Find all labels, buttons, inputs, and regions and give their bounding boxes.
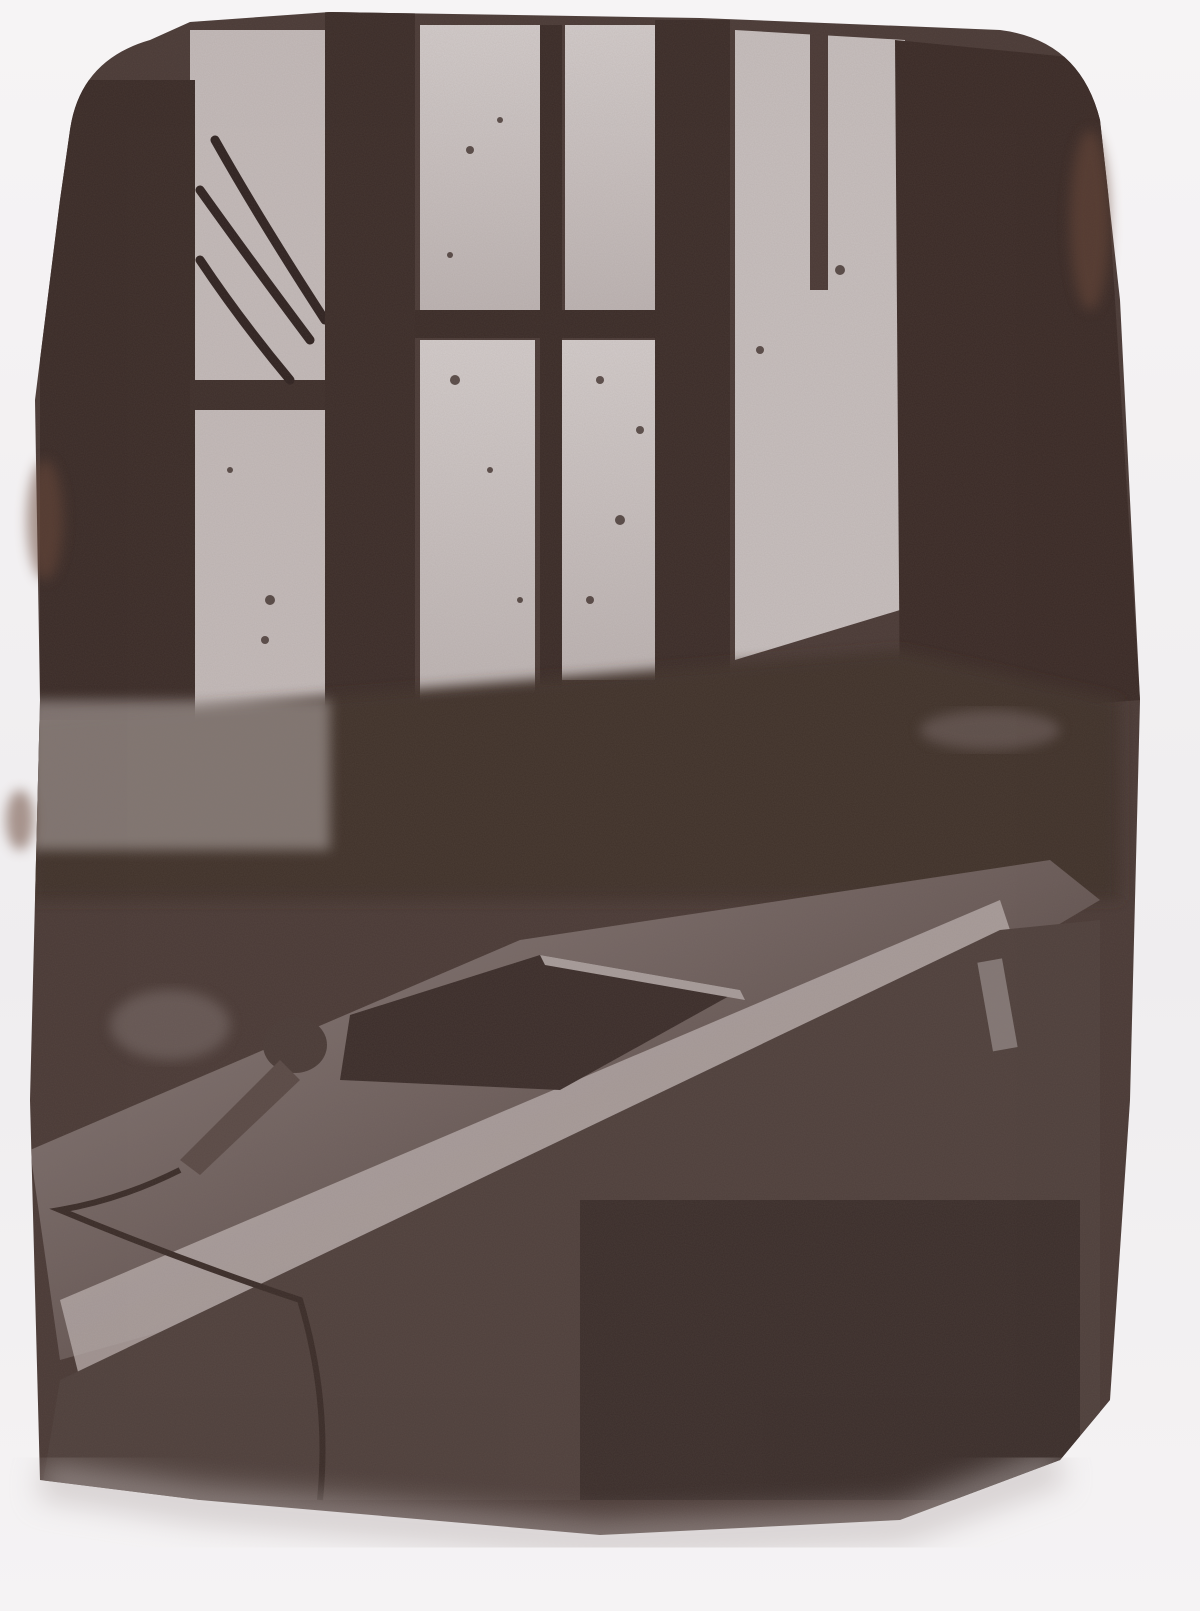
print-area <box>0 0 1200 1611</box>
photo-print <box>0 0 1200 1611</box>
